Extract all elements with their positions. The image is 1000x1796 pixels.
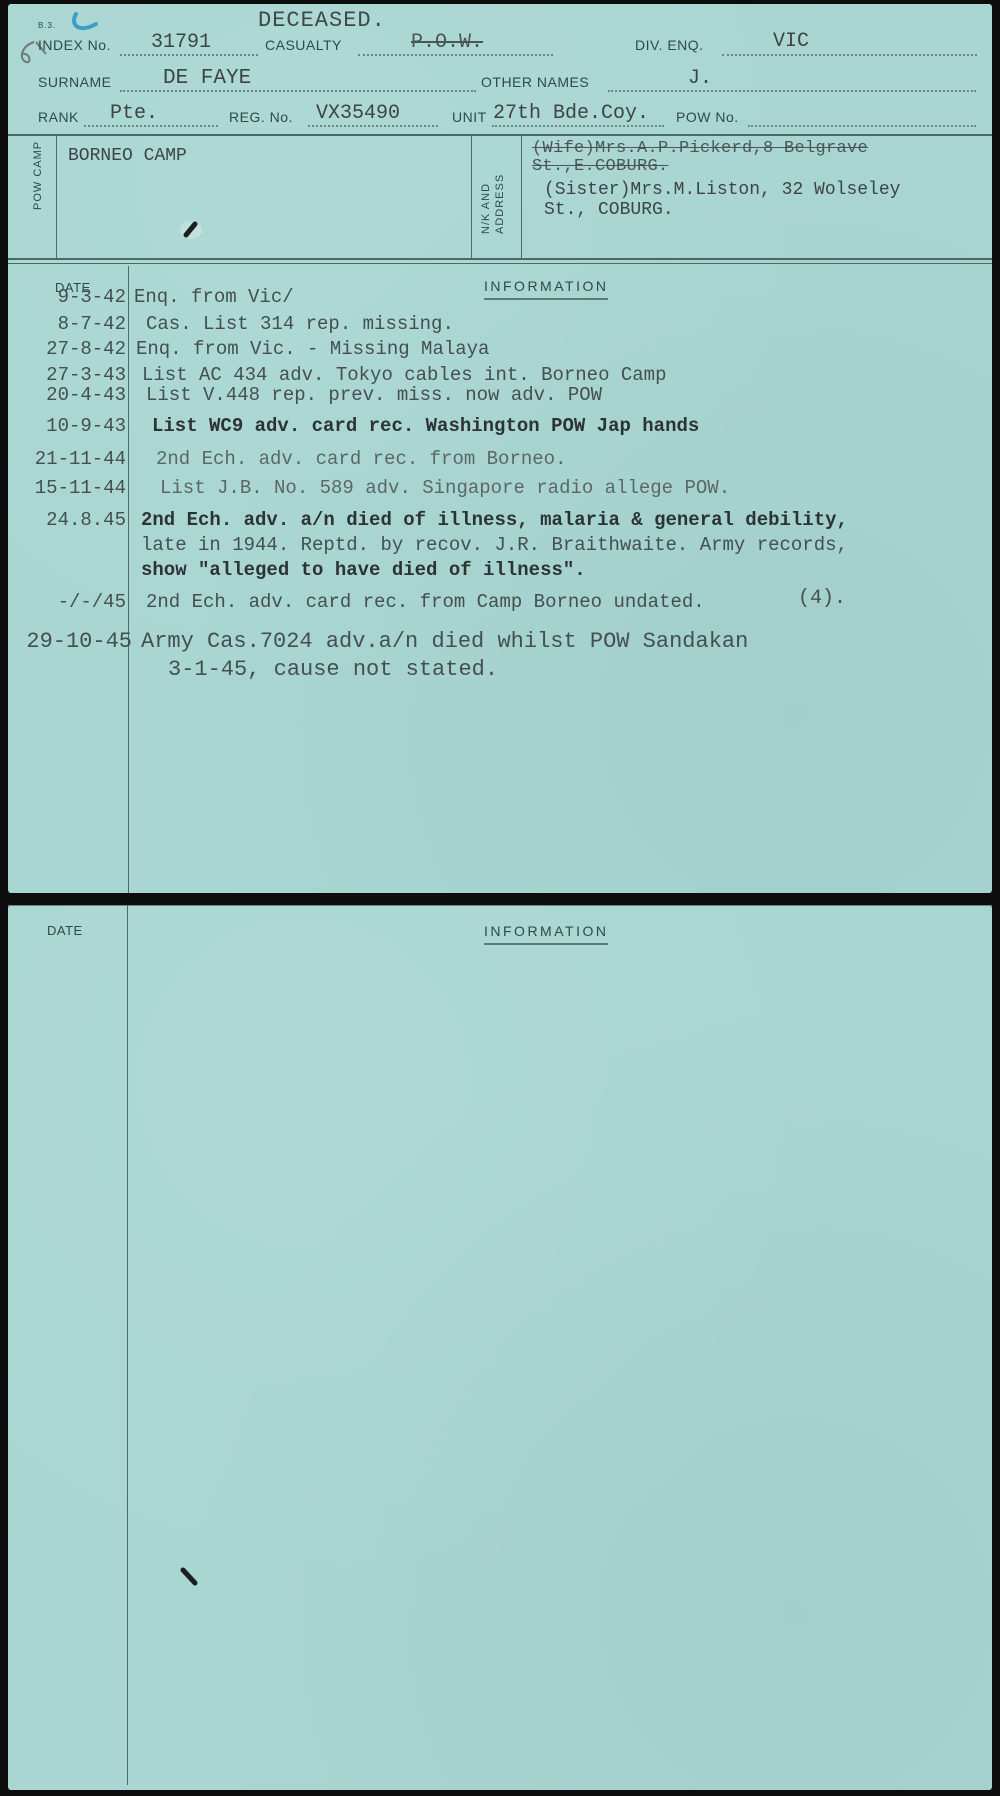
entry-text: 2nd Ech. adv. card rec. from Camp Borneo… <box>146 591 705 613</box>
div-enq-label: DIV. ENQ. <box>635 37 704 53</box>
entry-date: -/-/45 <box>8 591 126 613</box>
entry-text: List WC9 adv. card rec. Washington POW J… <box>152 415 699 437</box>
entry-text: 2nd Ech. adv. card rec. from Borneo. <box>156 448 566 470</box>
unit-label: UNIT <box>452 109 487 125</box>
date-column-header: DATE <box>47 923 83 938</box>
entry-date: 24.8.45 <box>8 509 126 531</box>
ink-mark-icon <box>178 1565 202 1589</box>
entry-text: Enq. from Vic/ <box>134 286 294 308</box>
entry-text-continued: late in 1944. Reptd. by recov. J.R. Brai… <box>141 534 848 556</box>
entry-text-continued: 3-1-45, cause not stated. <box>168 657 498 682</box>
entry-date: 9-3-42 <box>8 286 126 308</box>
nk-address-struck-2: St.,E.COBURG. <box>532 157 669 176</box>
entry-text: 2nd Ech. adv. a/n died of illness, malar… <box>141 509 848 531</box>
pow-no-label: POW No. <box>676 109 739 125</box>
nk-address-label-1: N/K AND <box>480 183 492 234</box>
entry-date: 10-9-43 <box>8 415 126 437</box>
form-code: B.3. <box>38 21 56 30</box>
reg-no-value: VX35490 <box>316 102 400 125</box>
casualty-label: CASUALTY <box>265 37 342 53</box>
entry-date: 27-8-42 <box>8 338 126 360</box>
entry-date: 15-11-44 <box>8 477 126 499</box>
entry-date: 27-3-43 <box>8 364 126 386</box>
casualty-value-struck: P.O.W. <box>411 31 483 54</box>
other-names-label: OTHER NAMES <box>481 74 589 90</box>
record-card-back: DATE INFORMATION <box>8 905 992 1790</box>
surname-value: DE FAYE <box>163 67 251 90</box>
index-no-value: 31791 <box>151 31 211 54</box>
hole-punch-mark-icon <box>176 217 206 243</box>
entry-date: 20-4-43 <box>8 384 126 406</box>
rank-value: Pte. <box>110 102 158 125</box>
entry-text: List V.448 rep. prev. miss. now adv. POW <box>146 384 602 406</box>
entry-text: Army Cas.7024 adv.a/n died whilst POW Sa… <box>141 629 748 654</box>
pow-camp-label: POW CAMP <box>32 141 44 210</box>
reg-no-label: REG. No. <box>229 109 293 125</box>
deceased-stamp: DECEASED. <box>258 8 386 33</box>
surname-label: SURNAME <box>38 74 112 90</box>
nk-address-label-2: ADDRESS <box>494 174 506 234</box>
entry-date: 29-10-45 <box>8 629 132 654</box>
entry-date: 8-7-42 <box>8 313 126 335</box>
entry-note: (4). <box>798 587 846 610</box>
information-column-header: INFORMATION <box>484 923 608 945</box>
other-names-value: J. <box>688 67 712 90</box>
information-column-header: INFORMATION <box>484 278 608 300</box>
index-no-label: INDEX No. <box>38 37 111 53</box>
rank-label: RANK <box>38 109 79 125</box>
record-card-front: B.3. DECEASED. INDEX No. 31791 CASUALTY … <box>8 4 992 893</box>
nk-address-struck-1: (Wife)Mrs.A.P.Pickerd,8 Belgrave <box>532 139 868 158</box>
pow-camp-value: BORNEO CAMP <box>68 146 187 166</box>
nk-address-line-1: (Sister)Mrs.M.Liston, 32 Wolseley <box>544 180 900 200</box>
div-enq-value: VIC <box>773 30 809 53</box>
blue-pencil-mark-icon <box>68 10 102 36</box>
unit-value: 27th Bde.Coy. <box>493 102 649 125</box>
entry-text-continued: show "alleged to have died of illness". <box>141 559 586 581</box>
entry-text: List J.B. No. 589 adv. Singapore radio a… <box>160 477 730 499</box>
entry-text: Cas. List 314 rep. missing. <box>146 313 454 335</box>
entry-text: List AC 434 adv. Tokyo cables int. Borne… <box>142 364 667 386</box>
entry-text: Enq. from Vic. - Missing Malaya <box>136 338 489 360</box>
entry-date: 21-11-44 <box>8 448 126 470</box>
nk-address-line-2: St., COBURG. <box>544 200 674 220</box>
